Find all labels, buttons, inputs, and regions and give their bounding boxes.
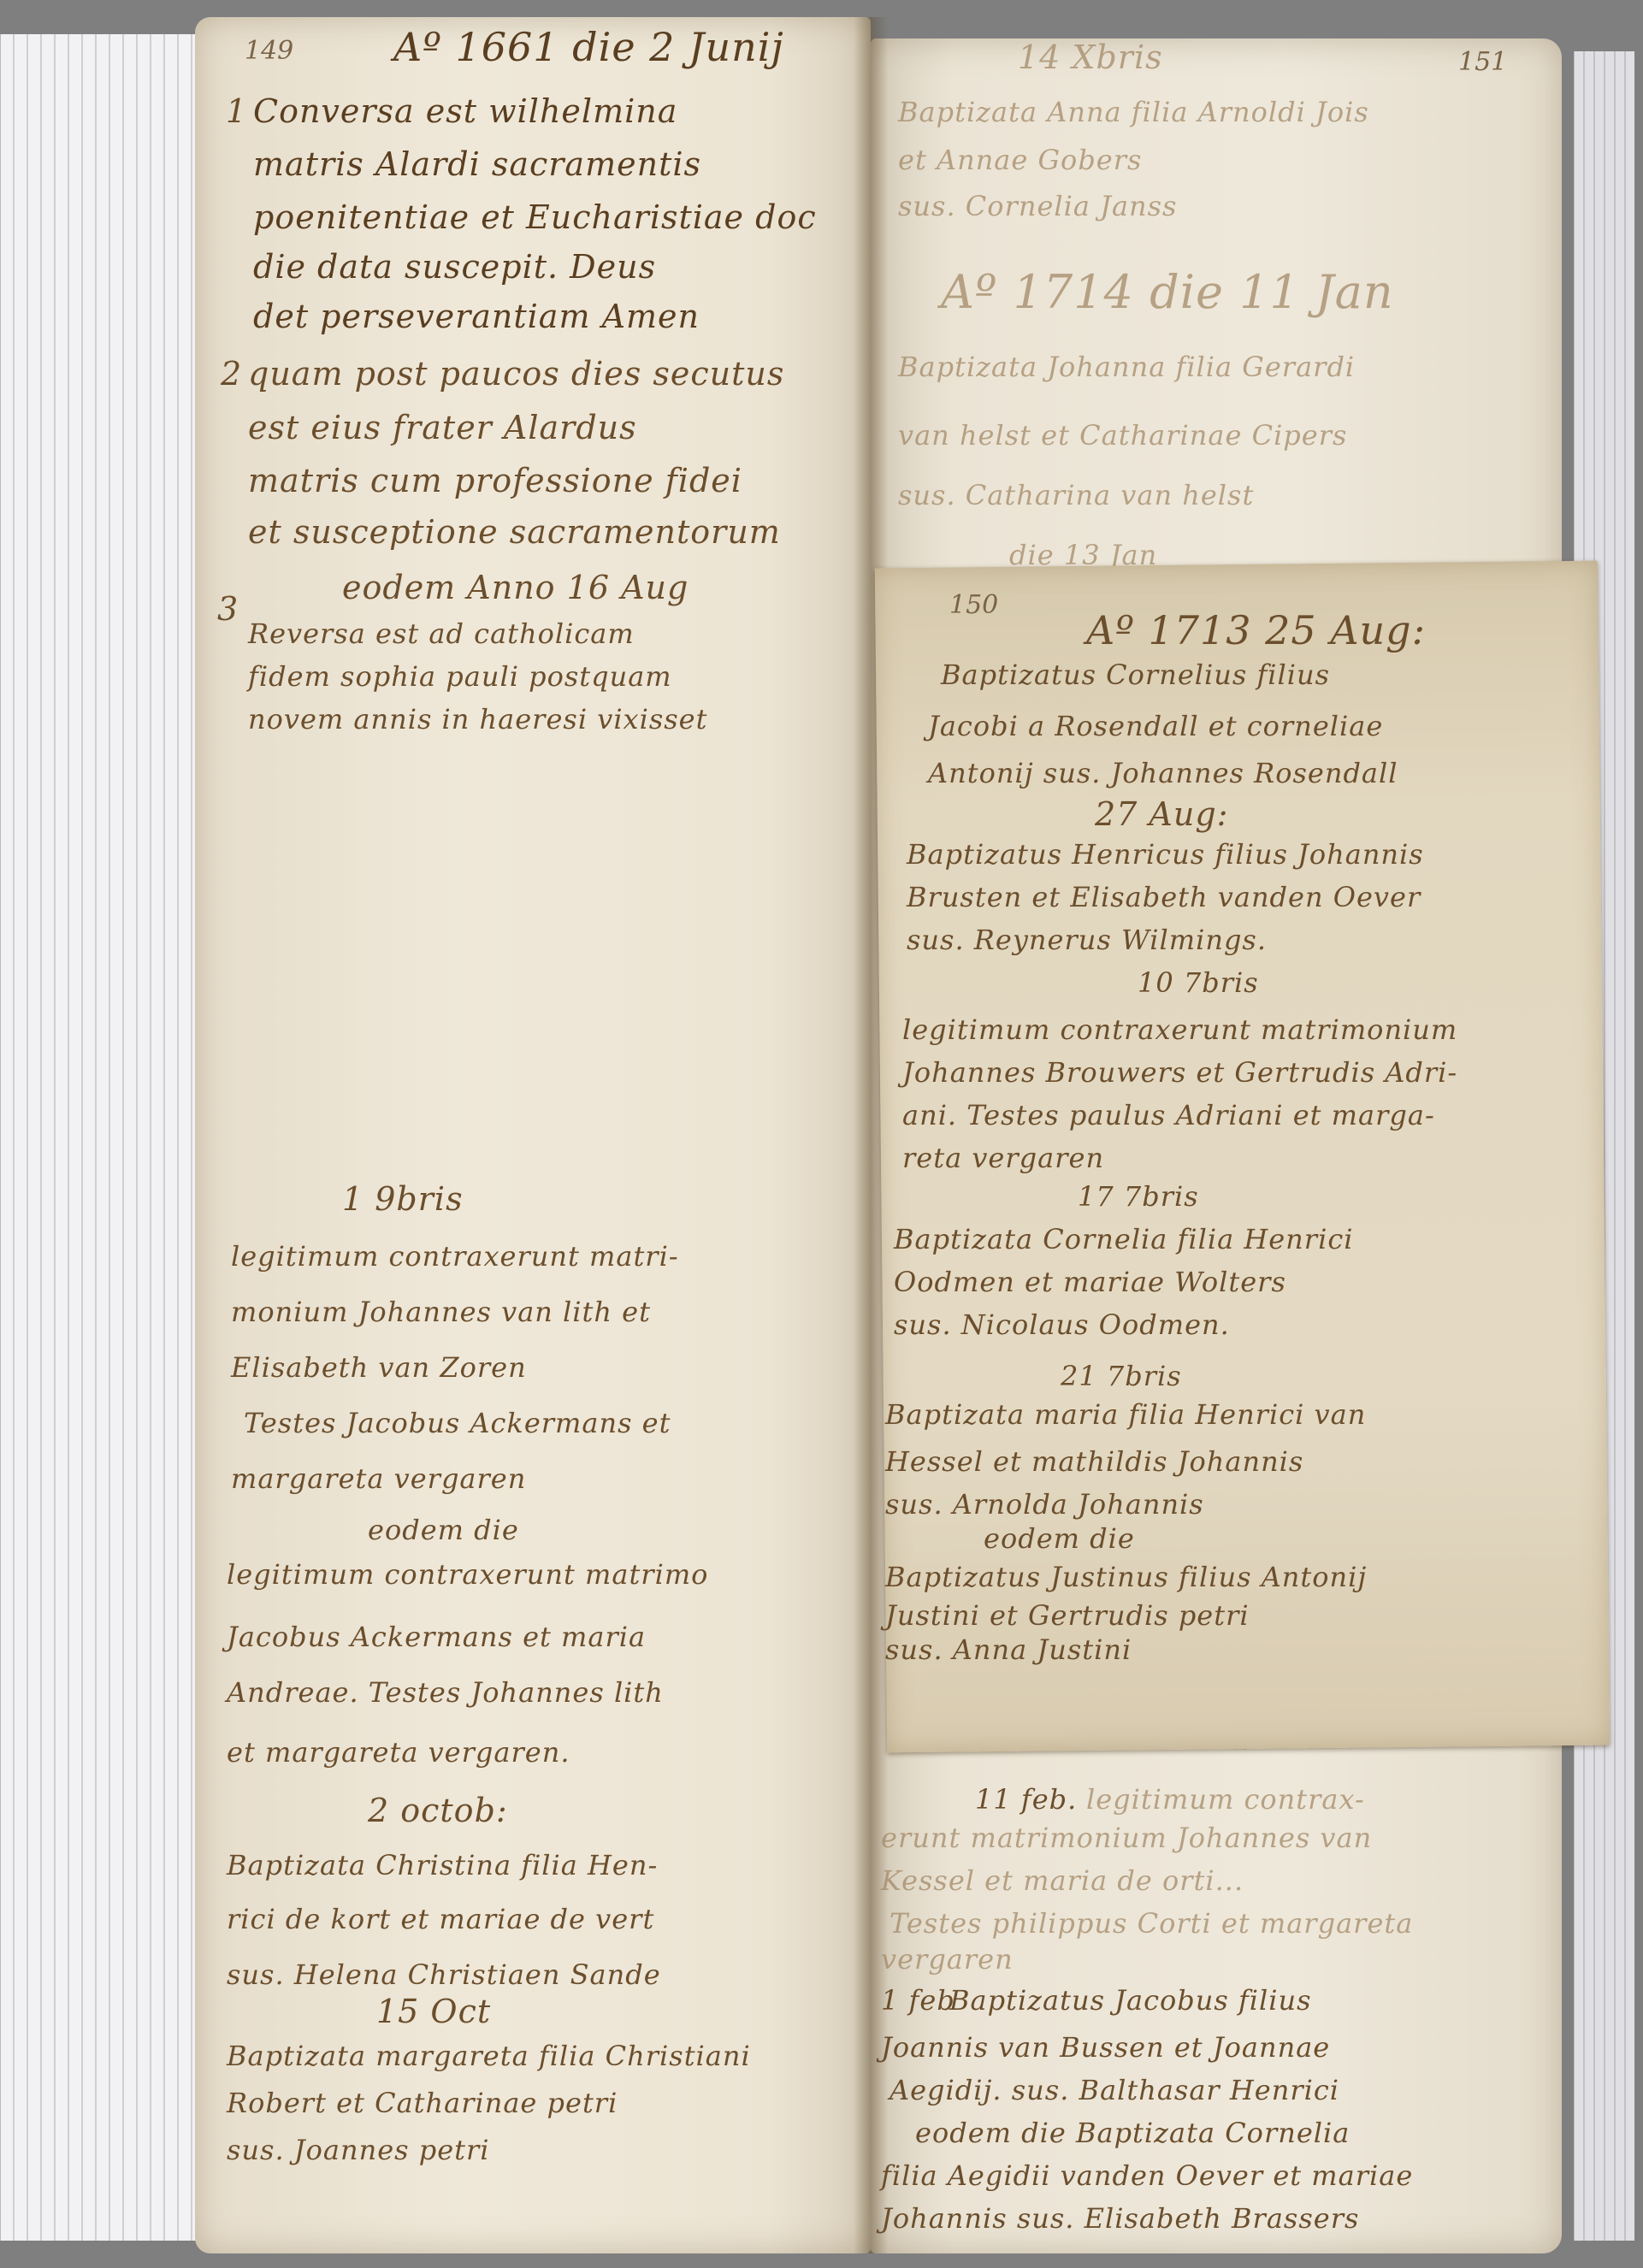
entry-date: 1 feb bbox=[881, 1984, 955, 2017]
entry-date: 2 octob: bbox=[368, 1792, 508, 1829]
entry-line: Baptizatus Justinus filius Antonij bbox=[885, 1561, 1367, 1593]
entry-marker: 2 bbox=[221, 355, 242, 393]
entry-date: 1 9bris bbox=[342, 1180, 464, 1218]
entry-marker: 1 bbox=[226, 92, 247, 130]
slip-header: Aº 1713 25 Aug: bbox=[1086, 607, 1426, 653]
entry-line: det perseverantiam Amen bbox=[253, 298, 700, 335]
entry-line: sus. Catharina van helst bbox=[898, 479, 1254, 511]
entry-line: Jacobus Ackermans et maria bbox=[227, 1621, 646, 1653]
left-page-number: 149 bbox=[245, 36, 293, 66]
entry-line: Baptizata Anna filia Arnoldi Jois bbox=[898, 96, 1369, 128]
entry-line: legitimum contraxerunt matrimonium bbox=[902, 1013, 1457, 1046]
entry-line: Baptizata margareta filia Christiani bbox=[227, 2040, 751, 2072]
entry-line: quam post paucos dies secutus bbox=[248, 355, 784, 393]
entry-line: sus. Anna Justini bbox=[885, 1633, 1132, 1666]
entry-line: fidem sophia pauli postquam bbox=[248, 660, 672, 693]
entry-line: Andreae. Testes Johannes lith bbox=[227, 1676, 664, 1709]
entry-date: 10 7bris bbox=[1138, 966, 1259, 999]
entry-line: novem annis in haeresi vixisset bbox=[248, 703, 707, 735]
entry-line: ani. Testes paulus Adriani et marga- bbox=[902, 1099, 1435, 1131]
entry-line: Testes philippus Corti et margareta bbox=[889, 1907, 1413, 1940]
entry-line: Hessel et mathildis Johannis bbox=[885, 1445, 1303, 1478]
entry-line: Johannis sus. Elisabeth Brassers bbox=[881, 2202, 1359, 2235]
entry-line: rici de kort et mariae de vert bbox=[227, 1903, 654, 1935]
entry-line: Baptizata Christina filia Hen- bbox=[227, 1849, 658, 1881]
entry-line: Antonij sus. Johannes Rosendall bbox=[928, 757, 1398, 789]
entry-date: eodem die bbox=[368, 1514, 519, 1546]
entry-line: et Annae Gobers bbox=[898, 144, 1142, 176]
entry-line: legitimum contrax- bbox=[1086, 1783, 1365, 1816]
entry-line: et margareta vergaren. bbox=[227, 1736, 570, 1769]
right-page-header: 14 Xbris bbox=[1018, 38, 1163, 76]
entry-line: Baptizata Johanna filia Gerardi bbox=[898, 351, 1355, 383]
entry-line: erunt matrimonium Johannes van bbox=[881, 1822, 1372, 1854]
entry-line: sus. Cornelia Janss bbox=[898, 190, 1177, 222]
entry-line: van helst et Catharinae Cipers bbox=[898, 419, 1347, 452]
entry-line: Baptizatus Henricus filius Johannis bbox=[907, 838, 1424, 871]
entry-marker: 3 bbox=[217, 590, 239, 628]
entry-line: sus. Helena Christiaen Sande bbox=[227, 1958, 661, 1991]
entry-line: Johannes Brouwers et Gertrudis Adri- bbox=[902, 1056, 1457, 1089]
entry-line: Conversa est wilhelmina bbox=[253, 92, 677, 130]
entry-line: Baptizatus Cornelius filius bbox=[941, 659, 1330, 691]
entry-date: 15 Oct bbox=[376, 1993, 491, 2030]
entry-line: matris Alardi sacramentis bbox=[253, 145, 701, 183]
entry-line: reta vergaren bbox=[902, 1142, 1104, 1174]
slip-page-number: 150 bbox=[949, 590, 998, 620]
entry-line: die data suscepit. Deus bbox=[253, 248, 656, 286]
left-page-header: Aº 1661 die 2 Junij bbox=[393, 24, 784, 70]
entry-date: 21 7bris bbox=[1061, 1360, 1182, 1392]
entry-date: 11 feb. bbox=[975, 1783, 1077, 1816]
entry-line: matris cum professione fidei bbox=[248, 462, 742, 499]
entry-line: vergaren bbox=[881, 1943, 1014, 1976]
entry-line: margareta vergaren bbox=[231, 1462, 526, 1495]
entry-line: Baptizatus Jacobus filius bbox=[949, 1984, 1312, 2017]
entry-line: filia Aegidii vanden Oever et mariae bbox=[881, 2159, 1413, 2192]
entry-line: Aegidij. sus. Balthasar Henrici bbox=[889, 2074, 1339, 2106]
entry-line: sus. Joannes petri bbox=[227, 2134, 490, 2166]
entry-line: eodem die Baptizata Cornelia bbox=[915, 2117, 1350, 2149]
entry-line: Elisabeth van Zoren bbox=[231, 1351, 527, 1384]
entry-line: legitimum contraxerunt matri- bbox=[231, 1240, 679, 1273]
entry-date: 17 7bris bbox=[1078, 1180, 1199, 1213]
entry-line: Kessel et maria de orti... bbox=[881, 1864, 1244, 1897]
entry-line: legitimum contraxerunt matrimo bbox=[227, 1558, 708, 1591]
entry-line: Baptizata Cornelia filia Henrici bbox=[894, 1223, 1353, 1255]
entry-line: Brusten et Elisabeth vanden Oever bbox=[907, 881, 1421, 913]
entry-line: Testes Jacobus Ackermans et bbox=[244, 1407, 671, 1439]
entry-line: Justini et Gertrudis petri bbox=[885, 1599, 1250, 1632]
entry-line: Jacobi a Rosendall et corneliae bbox=[928, 710, 1383, 742]
entry-line: Oodmen et mariae Wolters bbox=[894, 1266, 1286, 1298]
entry-line: Baptizata maria filia Henrici van bbox=[885, 1398, 1366, 1431]
entry-date: eodem die bbox=[984, 1522, 1135, 1555]
entry-line: sus. Reynerus Wilmings. bbox=[907, 924, 1267, 956]
entry-line: Joannis van Bussen et Joannae bbox=[881, 2031, 1330, 2064]
entry-line: Reversa est ad catholicam bbox=[248, 617, 635, 650]
entry-line: et susceptione sacramentorum bbox=[248, 513, 781, 551]
year-header: Aº 1714 die 11 Jan bbox=[941, 265, 1394, 319]
entry-line: poenitentiae et Eucharistiae doc bbox=[253, 198, 817, 236]
entry-date: eodem Anno 16 Aug bbox=[342, 569, 689, 606]
entry-line: Robert et Catharinae petri bbox=[227, 2087, 618, 2119]
entry-line: sus. Nicolaus Oodmen. bbox=[894, 1308, 1230, 1341]
page-stack-left bbox=[0, 34, 198, 2241]
right-page-number: 151 bbox=[1458, 47, 1507, 77]
entry-date: 27 Aug: bbox=[1095, 795, 1228, 833]
entry-line: est eius frater Alardus bbox=[248, 409, 637, 446]
entry-line: sus. Arnolda Johannis bbox=[885, 1488, 1204, 1521]
entry-line: monium Johannes van lith et bbox=[231, 1296, 651, 1328]
